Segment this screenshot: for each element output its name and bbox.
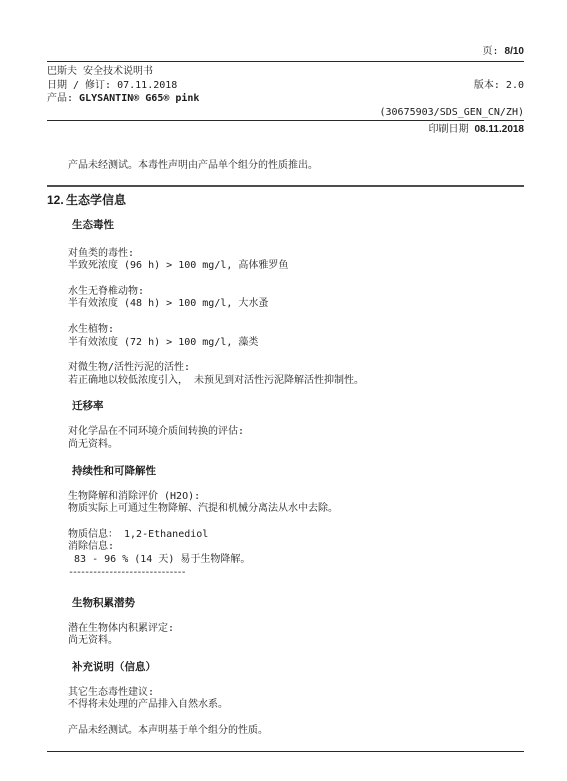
subsection-title-ecotoxicity: 生态毒性 xyxy=(72,219,524,232)
text-line: 对微生物/活性污泥的活性: xyxy=(68,362,524,375)
footer-divider xyxy=(47,751,524,752)
paragraph-bioaccumulation: 潜在生物体内积累评定: 尚无资料。 xyxy=(68,623,524,648)
paragraph-microorganisms: 对微生物/活性污泥的活性: 若正确地以较低浓度引入， 未预见到对活性污泥降解活性… xyxy=(68,362,524,387)
text-line: 尚无资料。 xyxy=(68,439,524,452)
text-line: 对化学品在不同环境介质间转换的评估: xyxy=(68,426,524,439)
header-block: 巴斯夫 安全技术说明书 日期 / 修订: 07.11.2018 版本: 2.0 … xyxy=(47,65,524,119)
product-name: GLYSANTIN® G65® pink xyxy=(79,93,199,104)
subsection-title-persistence: 持续性和可降解性 xyxy=(72,465,524,478)
paragraph-product-not-tested: 产品未经测试。本声明基于单个组分的性质。 xyxy=(68,725,524,738)
document-title: 巴斯夫 安全技术说明书 xyxy=(47,65,524,79)
text-line: 对鱼类的毒性: xyxy=(68,248,524,261)
paragraph-fish-toxicity: 对鱼类的毒性: 半致死浓度 (96 h) > 100 mg/l, 高体雅罗鱼 xyxy=(68,248,524,273)
text-line: 潜在生物体内积累评定: xyxy=(68,623,524,636)
text-line: 产品未经测试。本声明基于单个组分的性质。 xyxy=(68,725,524,738)
sds-document-page: 页: 8/10 巴斯夫 安全技术说明书 日期 / 修订: 07.11.2018 … xyxy=(0,0,567,781)
text-line: 尚无资料。 xyxy=(68,635,524,648)
text-line: 消除信息: xyxy=(68,541,524,554)
text-line: 物质信息： 1,2-Ethanediol xyxy=(68,529,524,542)
page-label: 页: xyxy=(482,46,504,57)
print-date: 08.11.2018 xyxy=(475,124,525,135)
product-label: 产品: xyxy=(47,93,79,104)
version: 版本: 2.0 xyxy=(474,79,524,93)
text-line: 水生无脊椎动物: xyxy=(68,286,524,299)
print-date-label: 印刷日期 xyxy=(428,124,474,135)
paragraph-substance-info: 物质信息： 1,2-Ethanediol 消除信息: 83 - 96 % (14… xyxy=(68,529,524,584)
paragraph-aquatic-invertebrates: 水生无脊椎动物: 半有效浓度 (48 h) > 100 mg/l, 大水蚤 xyxy=(68,286,524,311)
header-divider-bottom xyxy=(47,120,524,121)
text-line: 半致死浓度 (96 h) > 100 mg/l, 高体雅罗鱼 xyxy=(68,260,524,273)
header-divider-top xyxy=(47,61,524,62)
text-line: 半有效浓度 (48 h) > 100 mg/l, 大水蚤 xyxy=(68,298,524,311)
intro-paragraph: 产品未经测试。本毒性声明由产品单个组分的性质推出。 xyxy=(68,160,524,173)
paragraph-biodegradation: 生物降解和消除评价 (H2O): 物质实际上可通过生物降解、汽提和机械分离法从水… xyxy=(68,491,524,516)
section-divider xyxy=(47,185,524,187)
text-line: 83 - 96 % (14 天) 易于生物降解。 xyxy=(68,554,524,567)
revision-version-row: 日期 / 修订: 07.11.2018 版本: 2.0 xyxy=(47,79,524,93)
text-line: 半有效浓度 (72 h) > 100 mg/l, 藻类 xyxy=(68,337,524,350)
paragraph-aquatic-plants: 水生植物: 半有效浓度 (72 h) > 100 mg/l, 藻类 xyxy=(68,324,524,349)
page-content: 页: 8/10 巴斯夫 安全技术说明书 日期 / 修订: 07.11.2018 … xyxy=(47,0,524,752)
text-line: 物质实际上可通过生物降解、汽提和机械分离法从水中去除。 xyxy=(68,503,524,516)
section-title: 生态学信息 xyxy=(66,193,126,207)
section-number: 12. xyxy=(47,193,66,207)
page-number-row: 页: 8/10 xyxy=(47,0,524,58)
text-line: 水生植物: xyxy=(68,324,524,337)
document-code: (30675903/SDS_GEN_CN/ZH) xyxy=(47,106,524,120)
subsection-title-bioaccumulation: 生物积累潜势 xyxy=(72,597,524,610)
text-line: 不得将未处理的产品排入自然水系。 xyxy=(68,699,524,712)
text-line: 若正确地以较低浓度引入， 未预见到对活性污泥降解活性抑制性。 xyxy=(68,375,524,388)
product-line: 产品: GLYSANTIN® G65® pink xyxy=(47,92,524,106)
subsection-title-mobility: 迁移率 xyxy=(72,400,524,413)
paragraph-mobility-assessment: 对化学品在不同环境介质间转换的评估: 尚无资料。 xyxy=(68,426,524,451)
text-line: 其它生态毒性建议: xyxy=(68,687,524,700)
text-line: 生物降解和消除评价 (H2O): xyxy=(68,491,524,504)
revision-date: 日期 / 修订: 07.11.2018 xyxy=(47,79,177,93)
paragraph-other-advice: 其它生态毒性建议: 不得将未处理的产品排入自然水系。 xyxy=(68,687,524,712)
section-heading: 12. 生态学信息 xyxy=(47,193,524,207)
print-date-row: 印刷日期 08.11.2018 xyxy=(47,123,524,136)
dashed-separator: -------------------------------- xyxy=(68,567,185,580)
subsection-title-additional-info: 补充说明（信息） xyxy=(72,661,524,674)
page-number: 8/10 xyxy=(505,46,524,57)
